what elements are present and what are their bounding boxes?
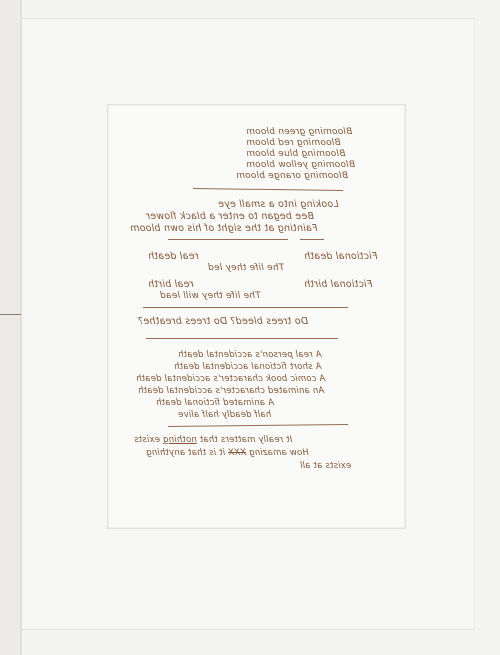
closing-line-3: exists at all [300, 461, 351, 471]
closing-underlined-word: nothing [163, 435, 197, 445]
closing-line-2: How amazing XXX it is that anything [146, 448, 309, 458]
bloom-line: Blooming red bloom [246, 138, 341, 148]
death-line: A real person's accidental death [178, 350, 322, 360]
bloom-line: Blooming blue bloom [246, 149, 345, 159]
death-line: A animated fictional death [156, 398, 274, 408]
closing-struck-word: XXX [228, 448, 246, 458]
death-line: A short fictional accidental death [174, 362, 322, 372]
looking-line: Looking into a small eye [218, 199, 339, 210]
divider-line [143, 307, 348, 308]
fiction-right: real birth [148, 279, 194, 290]
question-line: Do trees bleed? Do trees breathe? [138, 316, 308, 327]
fiction-left: Fictional death [304, 251, 377, 262]
closing-text: How amazing [249, 448, 309, 458]
closing-text: exists [134, 435, 160, 445]
page-edge-mark [0, 314, 21, 315]
fiction-right: real death [148, 251, 199, 262]
divider-line [168, 239, 288, 240]
closing-text: it is that anything [146, 448, 225, 458]
bloom-line: Blooming orange bloom [236, 171, 348, 181]
death-line: An animated character's accidental death [138, 386, 324, 396]
closing-text: It really matters that [200, 435, 293, 445]
fiction-sub: The life they will lead [160, 291, 261, 301]
looking-line: Bee began to enter a black flower [146, 211, 314, 222]
bloom-line: Blooming yellow bloom [246, 160, 355, 170]
fiction-left: Fictional birth [304, 279, 372, 290]
death-line: half deadly half alive [178, 410, 271, 420]
looking-line: Fainting at the sight of his own bloom [130, 223, 318, 234]
divider-line [146, 338, 338, 339]
divider-line [300, 239, 324, 240]
divider-line [168, 424, 348, 427]
death-line: A comic book character's accidental deat… [136, 374, 325, 384]
adjacent-page-edge [0, 0, 22, 655]
bloom-line: Blooming green bloom [246, 127, 352, 137]
etching-plate: Blooming green bloom Blooming red bloom … [107, 104, 406, 529]
fiction-sub: The life they led [208, 263, 284, 273]
divider-line [193, 188, 343, 191]
closing-line-1: It really matters that nothing exists [134, 435, 292, 445]
